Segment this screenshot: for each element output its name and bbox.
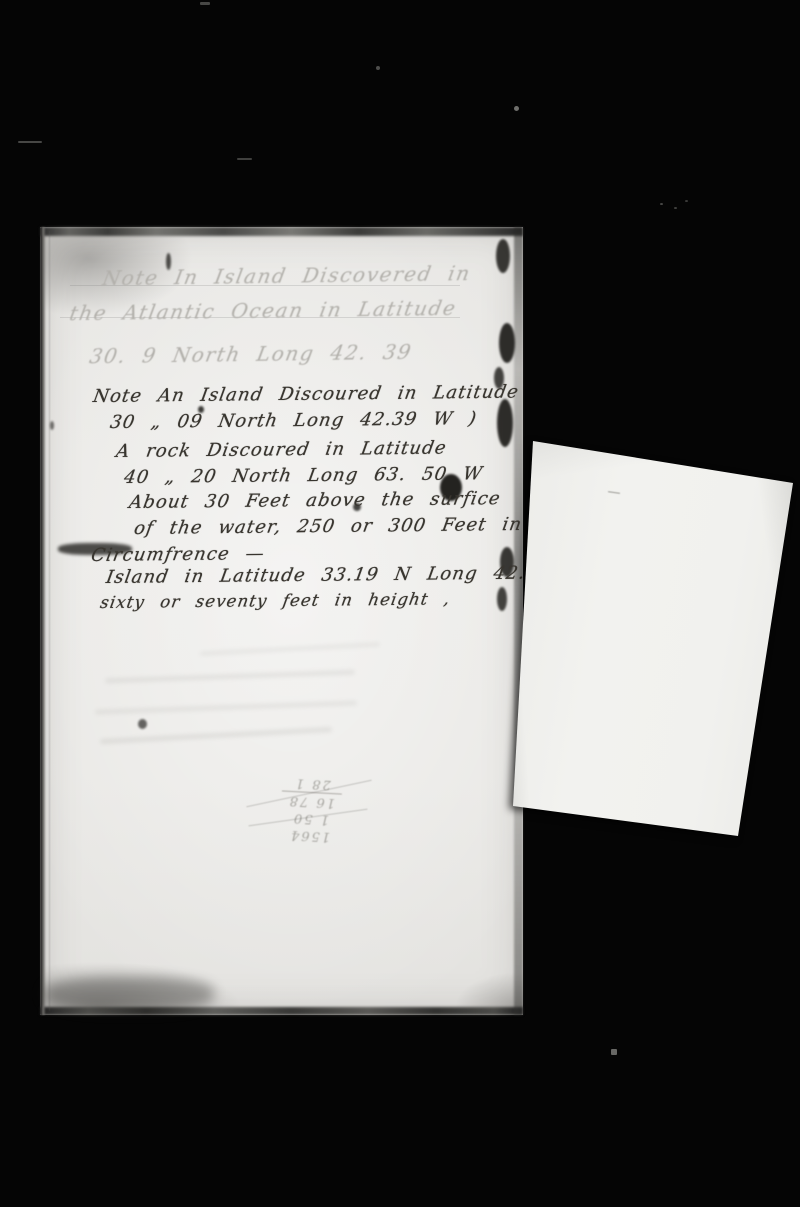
- ink-line: Note An Island Discoured in Latitude: [92, 382, 521, 407]
- loose-sheet: [500, 430, 800, 842]
- page-left-edge: [40, 227, 46, 1015]
- dust-speck: [376, 66, 380, 70]
- dust-speck: [611, 1049, 617, 1055]
- ink-blot: [499, 323, 515, 363]
- grime-smudge: [44, 977, 214, 1011]
- arith-sum-line: 16 78: [281, 790, 341, 811]
- showthrough-line: [95, 700, 357, 714]
- ink-line: 30 „ 09 North Long 42.39 W ): [109, 408, 479, 433]
- ink-blot: [496, 239, 510, 273]
- ink-line: 40 „ 20 North Long 63. 50 W: [123, 463, 485, 488]
- dust-speck: [237, 158, 252, 160]
- loose-sheet-paper: [500, 430, 800, 842]
- ink-line: A rock Discoured in Latitude: [115, 438, 449, 462]
- dust-speck: [685, 200, 688, 202]
- ink-line: Circumfrence —: [90, 543, 267, 566]
- ink-mark: [138, 719, 147, 729]
- dust-speck: [18, 141, 42, 143]
- dust-speck: [200, 2, 210, 5]
- page-fold-line: [49, 231, 50, 1011]
- page-top-edge: [40, 227, 523, 236]
- dust-speck: [674, 207, 677, 209]
- pencil-line: the Atlantic Ocean in Latitude: [68, 296, 459, 325]
- showthrough-line: [100, 727, 332, 744]
- showthrough-line: [105, 670, 355, 684]
- dust-speck: [514, 106, 519, 111]
- manuscript-page: Note In Island Discovered in the Atlanti…: [40, 227, 523, 1015]
- pencil-line: 30. 9 North Long 42. 39: [88, 340, 415, 368]
- ink-line: sixty or seventy feet in height ,: [99, 589, 452, 612]
- ink-blot: [50, 421, 54, 430]
- dust-speck: [660, 203, 663, 205]
- ink-line: About 30 Feet above the surfice: [128, 488, 503, 513]
- ink-line: of the water, 250 or 300 Feet in: [133, 514, 524, 539]
- showthrough-line: [200, 642, 380, 655]
